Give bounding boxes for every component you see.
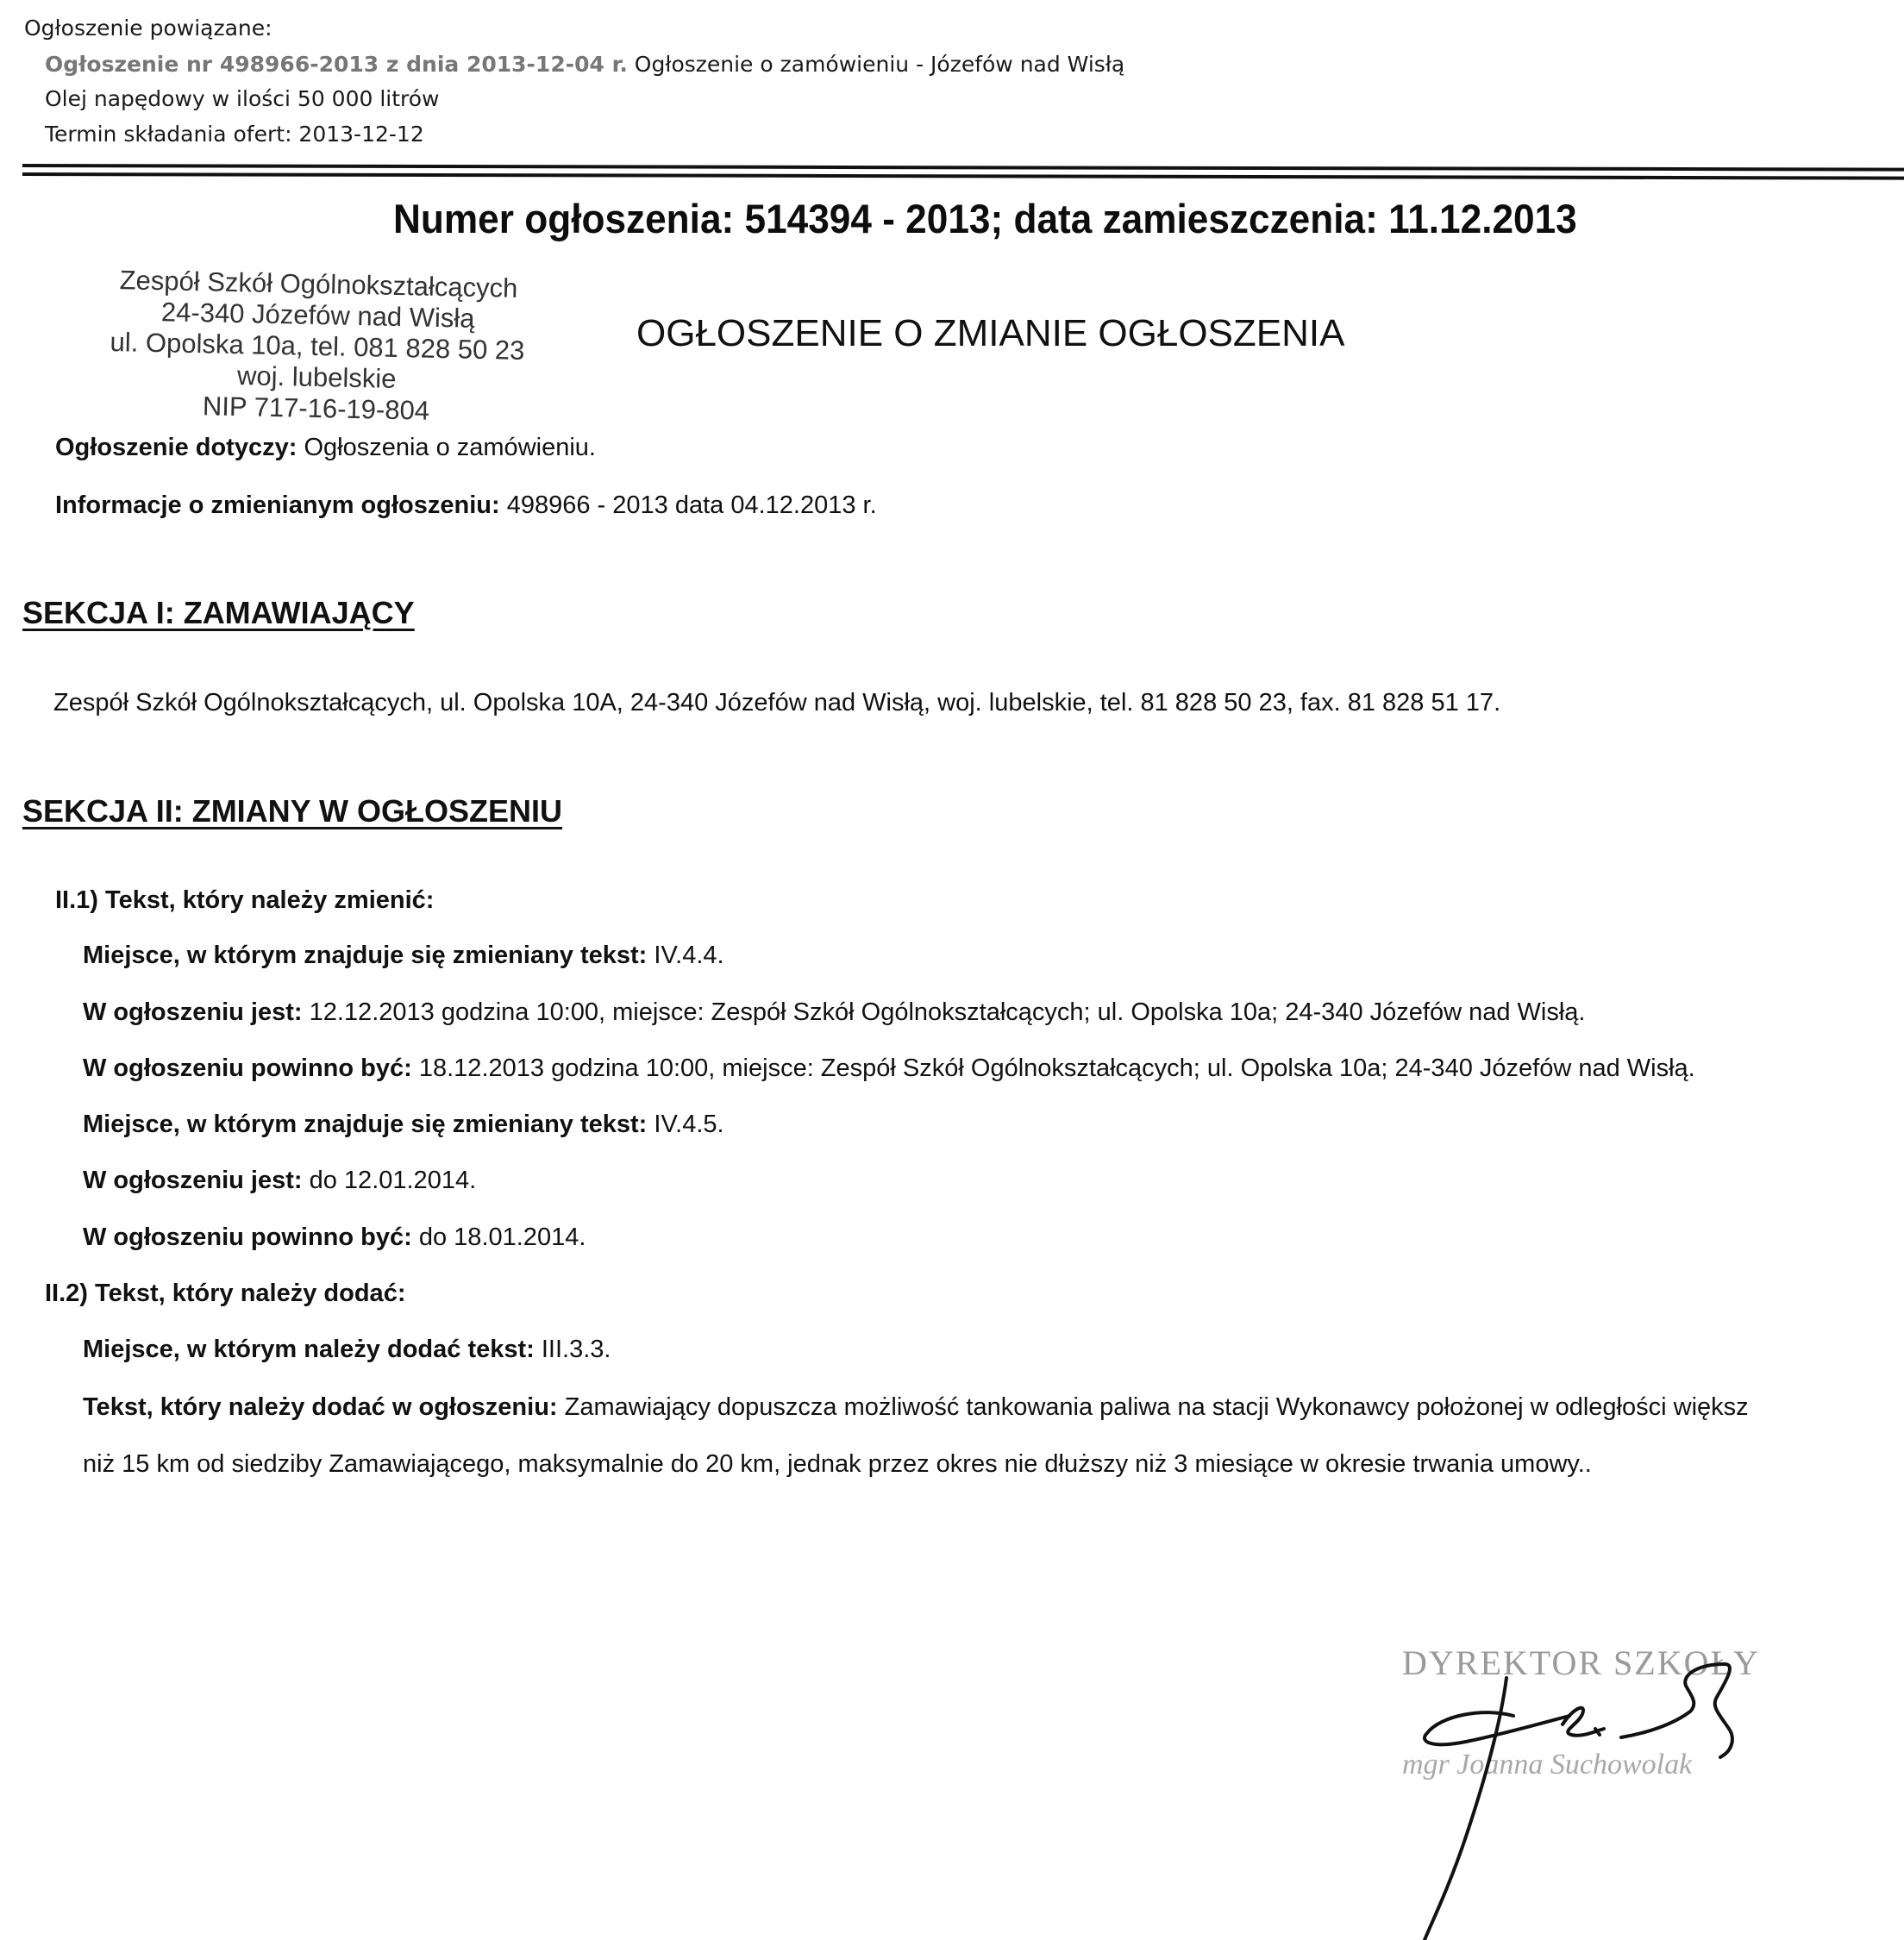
- concerns-value: Ogłoszenia o zamówieniu.: [297, 434, 596, 461]
- change-item: W ogłoszeniu jest: do 12.01.2014.: [83, 1167, 476, 1195]
- change-item: Miejsce, w którym znajduje się zmieniany…: [83, 942, 724, 970]
- concerns-label: Ogłoszenie dotyczy:: [55, 434, 297, 461]
- add-text-label: Tekst, który należy dodać w ogłoszeniu:: [83, 1393, 558, 1421]
- change-item: W ogłoszeniu jest: 12.12.2013 godzina 10…: [83, 998, 1585, 1027]
- change-item-value: do 12.01.2014.: [303, 1167, 477, 1194]
- change-subheading: II.1) Tekst, który należy zmienić:: [55, 886, 434, 915]
- related-deadline: Termin składania ofert: 2013-12-12: [45, 122, 424, 147]
- related-heading: Ogłoszenie powiązane:: [24, 16, 272, 41]
- info-label: Informacje o zmienianym ogłoszeniu:: [55, 491, 500, 519]
- handwritten-signature-icon: [1337, 1621, 1819, 1940]
- related-notice-line: Ogłoszenie nr 498966-2013 z dnia 2013-12…: [45, 52, 1124, 77]
- change-item: W ogłoszeniu powinno być: 18.12.2013 god…: [83, 1054, 1695, 1083]
- header-divider: [22, 164, 1904, 180]
- add-place-label: Miejsce, w którym należy dodać tekst:: [83, 1336, 535, 1363]
- change-item: Miejsce, w którym znajduje się zmieniany…: [83, 1111, 724, 1139]
- add-text-line-2: niż 15 km od siedziby Zamawiającego, mak…: [83, 1450, 1592, 1479]
- add-place-value: III.3.3.: [535, 1336, 611, 1363]
- concerns-row: Ogłoszenie dotyczy: Ogłoszenia o zamówie…: [55, 434, 596, 462]
- change-item-label: W ogłoszeniu powinno być:: [83, 1223, 412, 1251]
- info-row: Informacje o zmienianym ogłoszeniu: 4989…: [55, 491, 877, 520]
- add-subheading: II.2) Tekst, który należy dodać:: [45, 1280, 405, 1308]
- section-1-heading: SEKCJA I: ZAMAWIAJĄCY: [22, 595, 415, 631]
- change-item-label: W ogłoszeniu jest:: [83, 1167, 303, 1194]
- add-place-row: Miejsce, w którym należy dodać tekst: II…: [83, 1336, 611, 1364]
- add-text-line-1: Zamawiający dopuszcza możliwość tankowan…: [558, 1393, 1749, 1421]
- change-item-label: Miejsce, w którym znajduje się zmieniany…: [83, 1111, 647, 1138]
- related-notice-suffix: Ogłoszenie o zamówieniu - Józefów nad Wi…: [628, 52, 1124, 77]
- change-item-value: 12.12.2013 godzina 10:00, miejsce: Zespó…: [303, 998, 1586, 1026]
- notice-number-title: Numer ogłoszenia: 514394 - 2013; data za…: [393, 195, 1577, 242]
- change-item-value: do 18.01.2014.: [412, 1223, 586, 1251]
- section-2-heading: SEKCJA II: ZMIANY W OGŁOSZENIU: [22, 793, 562, 829]
- section-1-text: Zespół Szkół Ogólnokształcących, ul. Opo…: [53, 689, 1500, 717]
- change-item-value: 18.12.2013 godzina 10:00, miejsce: Zespó…: [412, 1054, 1695, 1082]
- change-item: W ogłoszeniu powinno być: do 18.01.2014.: [83, 1223, 586, 1252]
- document-type-heading: OGŁOSZENIE O ZMIANIE OGŁOSZENIA: [636, 312, 1344, 355]
- related-subject: Olej napędowy w ilości 50 000 litrów: [45, 86, 440, 111]
- related-notice-link[interactable]: Ogłoszenie nr 498966-2013 z dnia 2013-12…: [45, 52, 628, 77]
- change-item-label: W ogłoszeniu powinno być:: [83, 1054, 412, 1082]
- add-text-row: Tekst, który należy dodać w ogłoszeniu: …: [83, 1393, 1749, 1422]
- change-item-value: IV.4.4.: [647, 942, 723, 969]
- change-item-label: Miejsce, w którym znajduje się zmieniany…: [83, 942, 647, 969]
- school-stamp: Zespół Szkół Ogólnokształcących 24-340 J…: [74, 264, 561, 429]
- change-item-label: W ogłoszeniu jest:: [83, 998, 303, 1026]
- info-value: 498966 - 2013 data 04.12.2013 r.: [500, 491, 877, 519]
- change-item-value: IV.4.5.: [647, 1111, 723, 1138]
